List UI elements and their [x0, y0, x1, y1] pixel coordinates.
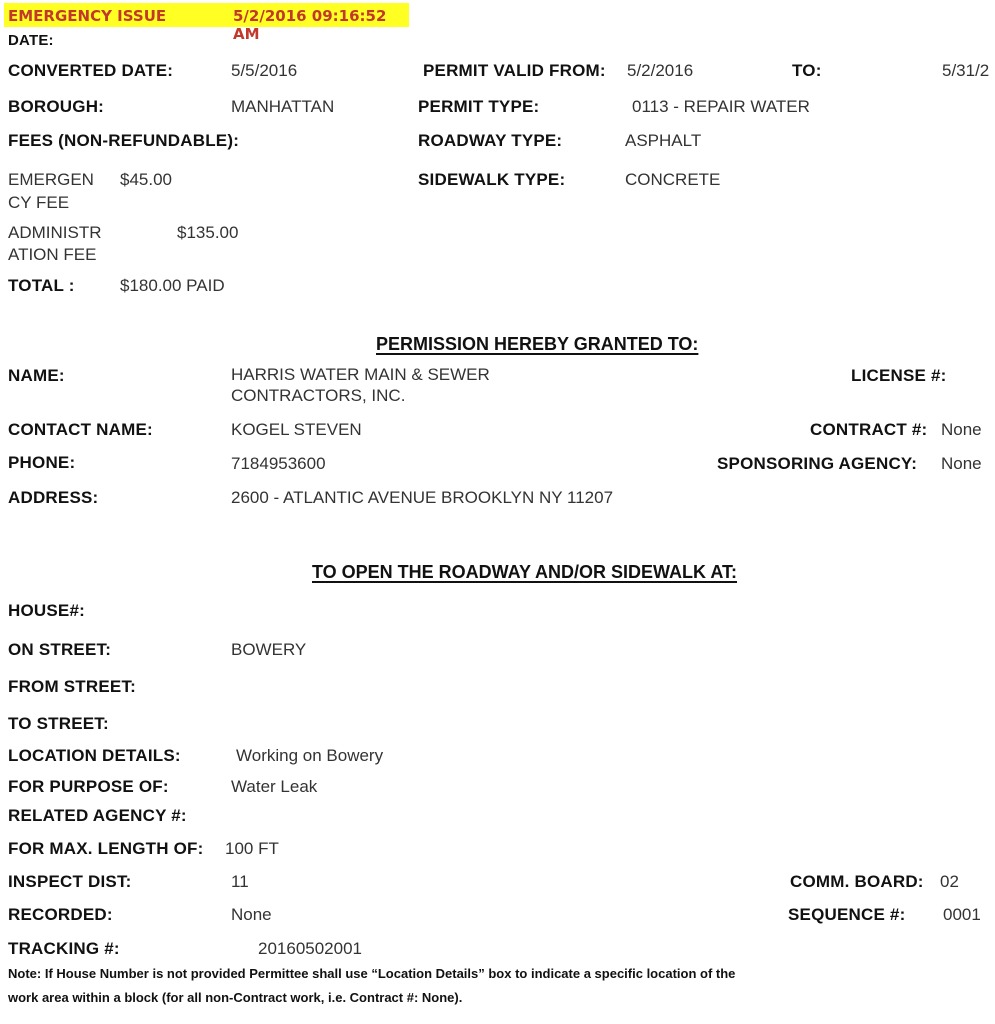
- fees-label: FEES (NON-REFUNDABLE):: [8, 131, 239, 151]
- sequence-value: 0001: [943, 905, 981, 925]
- contract-value: None: [941, 420, 982, 440]
- emergency-issue-label: EMERGENCY ISSUE: [8, 7, 166, 25]
- recorded-label: RECORDED:: [8, 905, 113, 925]
- on-street-value: BOWERY: [231, 640, 306, 660]
- admin-fee-label-line1: ADMINISTR: [8, 223, 102, 243]
- contact-name-label: CONTACT NAME:: [8, 420, 153, 440]
- contract-label: CONTRACT #:: [810, 420, 927, 440]
- contact-name-value: KOGEL STEVEN: [231, 420, 362, 440]
- name-label: NAME:: [8, 366, 65, 386]
- emergency-issue-datetime: 5/2/2016 09:16:52 AM: [233, 7, 409, 43]
- from-street-label: FROM STREET:: [8, 677, 136, 697]
- location-details-label: LOCATION DETAILS:: [8, 746, 181, 766]
- tracking-label: TRACKING #:: [8, 939, 120, 959]
- total-label: TOTAL :: [8, 276, 75, 296]
- valid-from-label: PERMIT VALID FROM:: [423, 61, 606, 81]
- emergency-fee-amount: $45.00: [120, 170, 172, 190]
- valid-to-value: 5/31/2: [942, 61, 989, 81]
- related-agency-label: RELATED AGENCY #:: [8, 806, 187, 826]
- name-value-line1: HARRIS WATER MAIN & SEWER: [231, 365, 490, 385]
- sponsoring-agency-label: SPONSORING AGENCY:: [717, 454, 917, 474]
- on-street-label: ON STREET:: [8, 640, 111, 660]
- emergency-fee-label-line1: EMERGEN: [8, 170, 94, 190]
- house-number-label: HOUSE#:: [8, 601, 85, 621]
- sequence-label: SEQUENCE #:: [788, 905, 905, 925]
- name-value-line2: CONTRACTORS, INC.: [231, 386, 405, 406]
- converted-date-value: 5/5/2016: [231, 61, 297, 81]
- permit-type-value: 0113 - REPAIR WATER: [632, 97, 810, 117]
- purpose-value: Water Leak: [231, 777, 317, 797]
- inspect-dist-label: INSPECT DIST:: [8, 872, 132, 892]
- phone-label: PHONE:: [8, 453, 75, 473]
- sidewalk-type-value: CONCRETE: [625, 170, 720, 190]
- permit-type-label: PERMIT TYPE:: [418, 97, 539, 117]
- admin-fee-label-line2: ATION FEE: [8, 245, 96, 265]
- max-length-label: FOR MAX. LENGTH OF:: [8, 839, 204, 859]
- valid-from-value: 5/2/2016: [627, 61, 693, 81]
- roadway-type-label: ROADWAY TYPE:: [418, 131, 562, 151]
- borough-label: BOROUGH:: [8, 97, 104, 117]
- tracking-value: 20160502001: [258, 939, 362, 959]
- converted-date-label: CONVERTED DATE:: [8, 61, 173, 81]
- emergency-banner: EMERGENCY ISSUE 5/2/2016 09:16:52 AM: [4, 3, 409, 27]
- address-label: ADDRESS:: [8, 488, 98, 508]
- max-length-value: 100 FT: [225, 839, 279, 859]
- emergency-fee-label-line2: CY FEE: [8, 193, 69, 213]
- valid-to-label: TO:: [792, 61, 822, 81]
- inspect-dist-value: 11: [231, 872, 249, 892]
- date-label: DATE:: [8, 32, 54, 49]
- location-heading: TO OPEN THE ROADWAY AND/OR SIDEWALK AT:: [312, 562, 737, 583]
- to-street-label: TO STREET:: [8, 714, 109, 734]
- admin-fee-amount: $135.00: [177, 223, 238, 243]
- total-value: $180.00 PAID: [120, 276, 225, 296]
- comm-board-value: 02: [940, 872, 959, 892]
- grantee-heading: PERMISSION HEREBY GRANTED TO:: [376, 334, 698, 355]
- note-line-1: Note: If House Number is not provided Pe…: [8, 966, 735, 981]
- license-label: LICENSE #:: [851, 366, 947, 386]
- sponsoring-agency-value: None: [941, 454, 982, 474]
- location-details-value: Working on Bowery: [236, 746, 383, 766]
- recorded-value: None: [231, 905, 272, 925]
- purpose-label: FOR PURPOSE OF:: [8, 777, 169, 797]
- sidewalk-type-label: SIDEWALK TYPE:: [418, 170, 565, 190]
- borough-value: MANHATTAN: [231, 97, 334, 117]
- phone-value: 7184953600: [231, 454, 326, 474]
- comm-board-label: COMM. BOARD:: [790, 872, 924, 892]
- roadway-type-value: ASPHALT: [625, 131, 701, 151]
- address-value: 2600 - ATLANTIC AVENUE BROOKLYN NY 11207: [231, 488, 613, 508]
- note-line-2: work area within a block (for all non-Co…: [8, 990, 462, 1005]
